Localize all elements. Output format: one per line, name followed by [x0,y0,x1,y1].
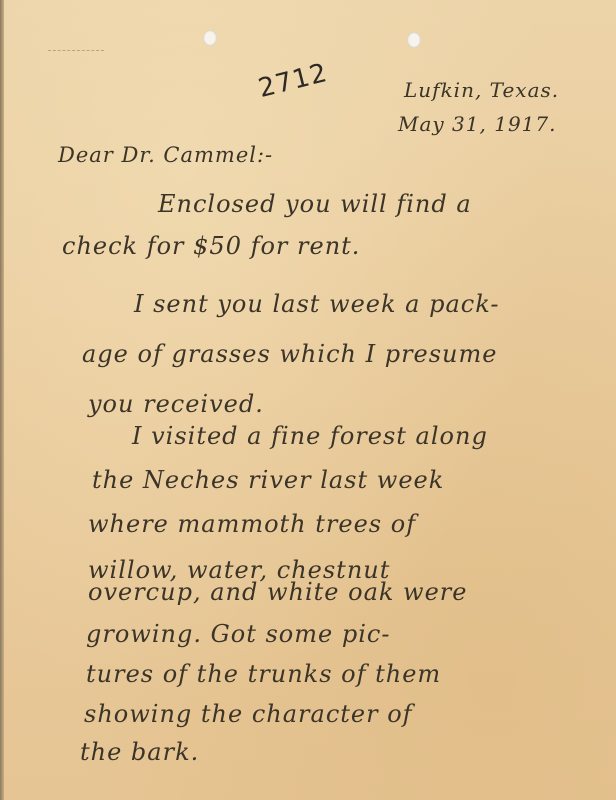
letter-page: 2712 Lufkin, Texas. May 31, 1917. Dear D… [0,0,616,800]
pencil-mark [48,50,104,51]
page-left-edge [0,0,4,800]
letter-date: May 31, 1917. [398,112,556,136]
body-line: overcup, and white oak were [88,578,467,606]
punch-hole-right [407,32,421,48]
body-line: the Neches river last week [92,466,444,494]
body-line: I sent you last week a pack- [134,290,499,318]
body-line: Enclosed you will find a [158,190,472,218]
body-line: the bark. [80,738,199,766]
body-line: I visited a fine forest along [132,422,488,450]
body-line: you received. [88,390,264,418]
salutation: Dear Dr. Cammel:- [58,143,273,167]
body-line: where mammoth trees of [88,510,416,538]
body-line: check for $50 for rent. [62,232,360,260]
letter-place: Lufkin, Texas. [404,78,559,102]
body-line: showing the character of [84,700,413,728]
body-line: tures of the trunks of them [86,660,441,688]
body-line: growing. Got some pic- [86,620,390,648]
body-line: age of grasses which I presume [82,340,497,368]
archive-number: 2712 [255,58,330,104]
punch-hole-left [203,30,217,46]
